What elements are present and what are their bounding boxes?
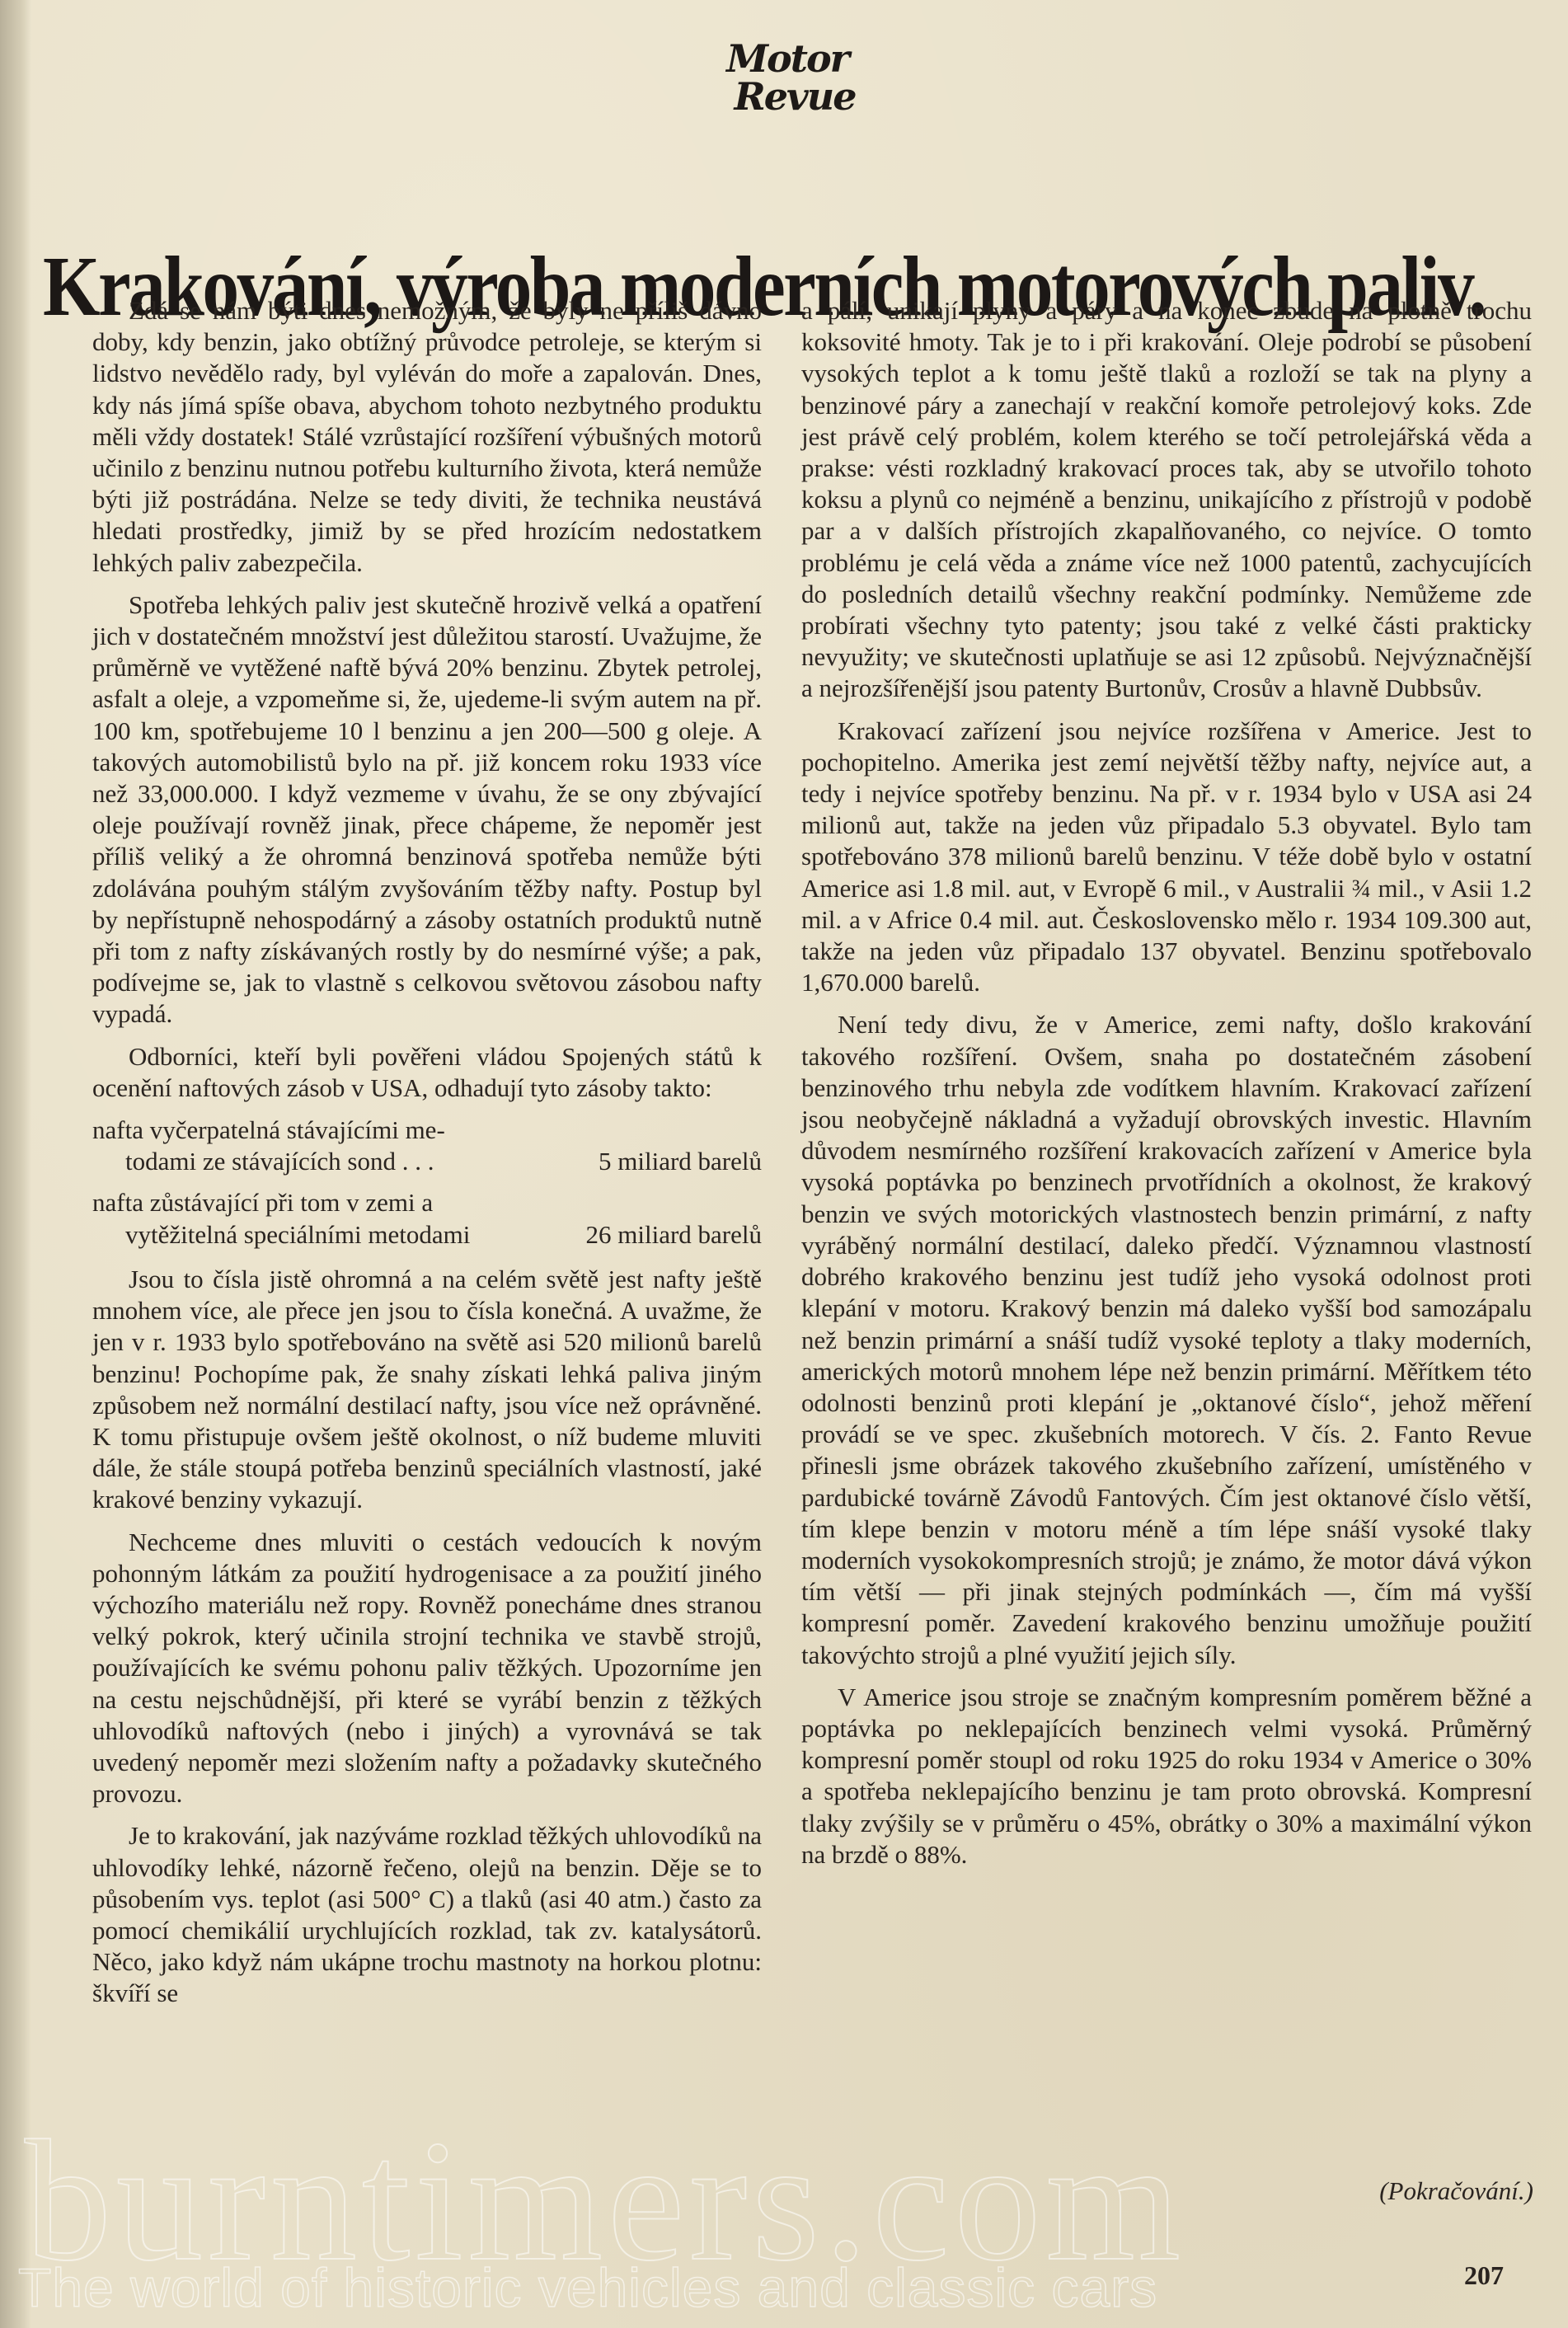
logo-line-motor: Motor (705, 40, 870, 77)
paragraph: Nechceme dnes mluviti o cestách vedoucíc… (92, 1527, 762, 1810)
paragraph: V Americe jsou stroje se značným kompres… (801, 1682, 1532, 1870)
masthead-logo: Motor Revue (705, 40, 870, 115)
paragraph: Zdá se nám býti dnes nemožným, že byly n… (92, 295, 762, 579)
reserves-label: nafta zůstávající při tom v zemi a (92, 1187, 762, 1218)
page-number: 207 (1464, 2260, 1504, 2291)
watermark-tagline: The world of historic vehicles and class… (18, 2259, 1157, 2316)
paragraph: Odborníci, kteří byli pověřeni vládou Sp… (92, 1041, 762, 1104)
paragraph: Spotřeba lehkých paliv jest skutečně hro… (92, 589, 762, 1030)
left-column: Zdá se nám býti dnes nemožným, že byly n… (92, 295, 762, 2021)
paragraph: a pálí, unikají plyny a páry a na konec … (801, 295, 1532, 705)
reserves-table: nafta vyčerpatelná stávajícími me- todam… (92, 1115, 762, 1251)
logo-line-revue: Revue (720, 77, 870, 115)
paragraph: Jsou to čísla jistě ohromná a na celém s… (92, 1264, 762, 1516)
paragraph: Krakovací zařízení jsou nejvíce rozšířen… (801, 716, 1532, 999)
continued-note: (Pokračování.) (1286, 2176, 1533, 2206)
watermark-logo: burntimers.com (25, 2114, 1185, 2288)
reserves-row: nafta vyčerpatelná stávajícími me- todam… (92, 1115, 762, 1177)
reserves-label-cont: todami ze stávajících sond . . . (125, 1146, 434, 1177)
right-column: a pálí, unikají plyny a páry a na konec … (801, 295, 1532, 1881)
paragraph: Není tedy divu, že v Americe, zemi nafty… (801, 1009, 1532, 1670)
paragraph: Je to krakování, jak nazýváme rozklad tě… (92, 1820, 762, 2009)
reserves-label: nafta vyčerpatelná stávajícími me- (92, 1115, 762, 1146)
reserves-amount: 26 miliard barelů (586, 1219, 763, 1251)
reserves-row: nafta zůstávající při tom v zemi a vytěž… (92, 1187, 762, 1250)
reserves-label-cont: vytěžitelná speciálními metodami (125, 1219, 470, 1251)
page-edge-shadow (0, 0, 31, 2328)
reserves-amount: 5 miliard barelů (599, 1146, 762, 1177)
